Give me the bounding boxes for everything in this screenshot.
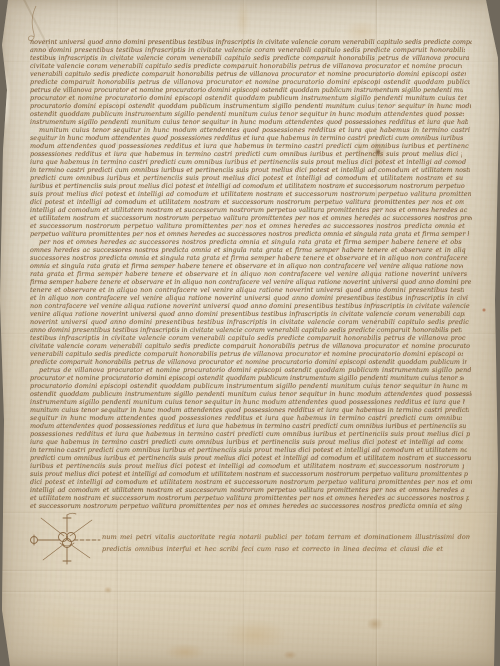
manuscript-text-line: et successorum nostrorum perpetuo valitu… [30,222,465,230]
manuscript-text-line: ostendit quoddam publicum instrumentum s… [30,110,464,118]
manuscript-text-line: civitate valencie coram venerabili capit… [30,62,462,70]
manuscript-text-line: iura que habemus in termino castri predi… [30,158,466,166]
manuscript-text-line: et utilitatem nostram et successorum nos… [30,494,469,502]
notary-subscription-text: num mei petri vitalis auctoritate regia … [102,531,470,555]
manuscript-text-line: omnes heredes ac successores nostros pre… [30,246,466,254]
manuscript-text-line: munitum cuius tenor sequitur in hunc mod… [39,126,472,134]
manuscript-text-line: tenere et observare et in aliquo non con… [30,286,464,294]
manuscript-text-line: rata grata et firma semper habere tenere… [30,270,467,278]
manuscript-text-line: testibus infrascriptis in civitate valen… [30,334,466,342]
manuscript-text-line: iuribus et pertinenciis suis prout meliu… [30,462,464,470]
manuscript-text-line: modum attendentes quod possessiones redd… [30,142,469,150]
manuscript-text-line: anno domini presentibus testibus infrasc… [30,46,465,54]
manuscript-text-line: iura que habemus in termino castri predi… [30,438,463,446]
manuscript-text-line: omnia et singula rata grata et firma sem… [30,262,463,270]
parchment-sheet: noverint universi quod anno domini prese… [0,0,500,666]
manuscript-text-line: petrus de villanova procurator et nomine… [39,366,471,374]
subscription-text-line: num mei petri vitalis auctoritate regia … [102,531,470,543]
manuscript-text-line: et utilitatem nostram et successorum nos… [30,214,472,222]
manuscript-text-line: dici potest et intelligi ad comodum et u… [30,198,464,206]
manuscript-text-line: sequitur in hunc modum attendentes quod … [30,134,465,142]
manuscript-text-line: iuribus et pertinenciis suis prout meliu… [30,182,467,190]
manuscript-photo: noverint universi quod anno domini prese… [0,0,500,666]
manuscript-text-line: venire aliqua ratione noverint universi … [30,310,465,318]
manuscript-text-line: suis prout melius dici potest et intelli… [30,470,468,478]
manuscript-text-line: firma semper habere tenere et observare … [30,278,471,286]
notarial-sign-icon [24,508,108,572]
manuscript-text-line: noverint universi quod anno domini prese… [30,318,469,326]
manuscript-text-line: ostendit quoddam publicum instrumentum s… [30,390,472,398]
manuscript-text-line: modum attendentes quod possessiones redd… [30,422,466,430]
manuscript-text-line: anno domini presentibus testibus infrasc… [30,326,462,334]
manuscript-text-line: procuratorio domini episcopi ostendit qu… [30,382,468,390]
charter-body-text: noverint universi quod anno domini prese… [30,38,472,510]
manuscript-text-line: in termino castri predicti cum omnibus i… [30,166,470,174]
manuscript-text-line: predicte comparuit honorabilis petrus de… [30,358,467,366]
manuscript-text-line: munitum cuius tenor sequitur in hunc mod… [30,406,469,414]
manuscript-text-line: successores nostros predicta omnia et si… [30,254,470,262]
manuscript-text-line: procurator et nomine procuratorio domini… [30,94,467,102]
manuscript-text-line: instrumentum sigillo pendenti munitum cu… [30,398,465,406]
manuscript-text-line: predicti cum omnibus iuribus et pertinen… [30,454,471,462]
manuscript-text-line: suis prout melius dici potest et intelli… [30,190,471,198]
manuscript-text-line: in termino castri predicti cum omnibus i… [30,446,467,454]
manuscript-text-line: possessiones redditus et iura que habemu… [30,150,462,158]
subscription-text-line: predictis omnibus interfui et hec scribi… [102,543,446,555]
manuscript-text-line: venerabili capitulo sedis predicte compa… [30,70,466,78]
manuscript-text-line: sequitur in hunc modum attendentes quod … [30,414,462,422]
manuscript-text-line: noverint universi quod anno domini prese… [30,38,472,46]
manuscript-text-line: non contrafacere vel venire aliqua ratio… [30,302,472,310]
manuscript-text-line: procuratorio domini episcopi ostendit qu… [30,102,471,110]
manuscript-text-line: civitate valencie coram venerabili capit… [30,342,470,350]
manuscript-text-line: perpetuo valitura promittentes per nos e… [30,230,469,238]
manuscript-text-line: dici potest et intelligi ad comodum et u… [30,478,472,486]
manuscript-text-line: intelligi ad comodum et utilitatem nostr… [30,486,465,494]
manuscript-text-line: predicti cum omnibus iuribus et pertinen… [30,174,463,182]
manuscript-text-line: testibus infrascriptis in civitate valen… [30,54,469,62]
manuscript-text-line: possessiones redditus et iura que habemu… [30,430,470,438]
manuscript-text-line: predicte comparuit honorabilis petrus de… [30,78,470,86]
manuscript-text-line: instrumentum sigillo pendenti munitum cu… [30,118,468,126]
manuscript-text-line: et in aliquo non contrafacere vel venire… [30,294,468,302]
manuscript-text-line: procurator et nomine procuratorio domini… [30,374,464,382]
manuscript-text-line: intelligi ad comodum et utilitatem nostr… [30,206,468,214]
manuscript-text-line: per nos et omnes heredes ac successores … [39,238,462,246]
manuscript-text-line: venerabili capitulo sedis predicte compa… [30,350,463,358]
manuscript-text-line: petrus de villanova procurator et nomine… [30,86,463,94]
